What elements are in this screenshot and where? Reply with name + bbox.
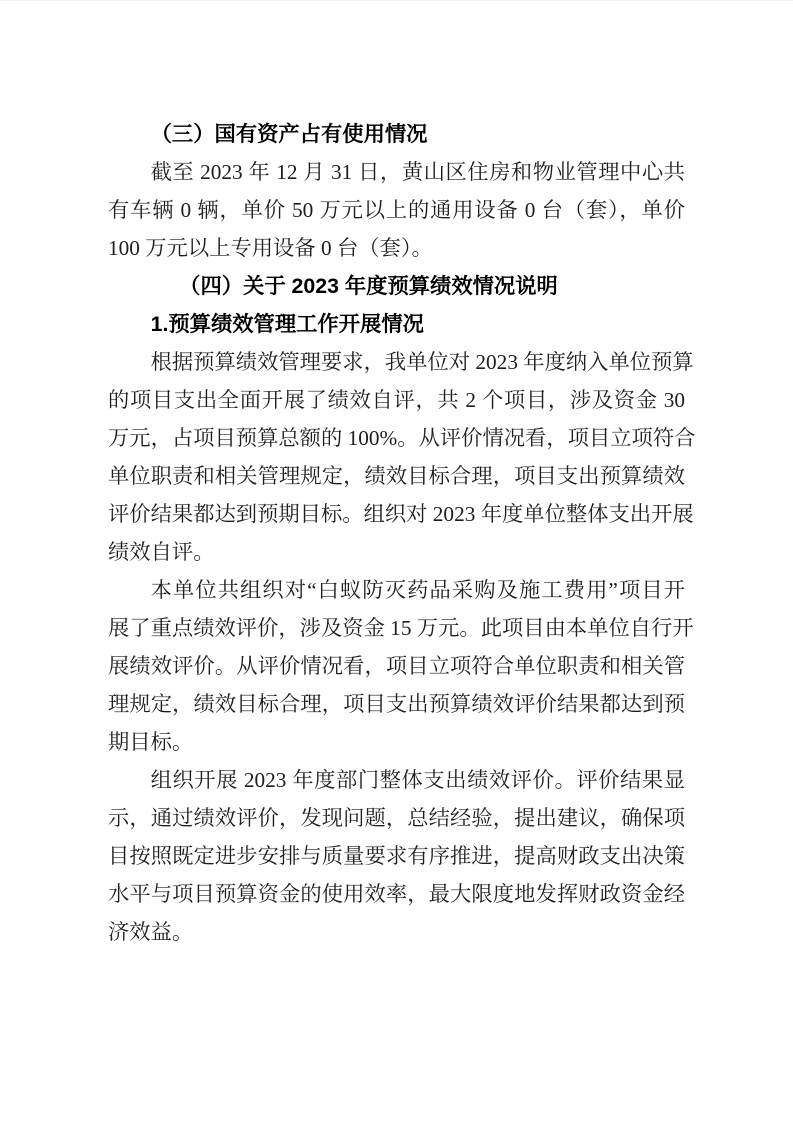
section-heading: （三）国有资产占有使用情况 xyxy=(108,115,685,153)
text-line: 目按照既定进步安排与质量要求有序推进，提高财政支出决策 xyxy=(108,837,685,875)
text-line: 组织开展 2023 年度部门整体支出绩效评价。评价结果显 xyxy=(108,761,685,799)
text-line: 万元，占项目预算总额的 100%。从评价情况看，项目立项符合 xyxy=(108,419,685,457)
text-line: 展绩效评价。从评价情况看，项目立项符合单位职责和相关管 xyxy=(108,647,685,685)
section-heading: 1.预算绩效管理工作开展情况 xyxy=(108,305,685,343)
paragraph: 根据预算绩效管理要求，我单位对 2023 年度纳入单位预算的项目支出全面开展了绩… xyxy=(108,343,685,571)
text-line: 单位职责和相关管理规定，绩效目标合理，项目支出预算绩效 xyxy=(108,457,685,495)
text-line: 评价结果都达到预期目标。组织对 2023 年度单位整体支出开展 xyxy=(108,495,685,533)
text-line: 绩效自评。 xyxy=(108,533,685,571)
text-line: 100 万元以上专用设备 0 台（套）。 xyxy=(108,229,685,267)
text-line: 期目标。 xyxy=(108,723,685,761)
text-line: 水平与项目预算资金的使用效率，最大限度地发挥财政资金经 xyxy=(108,875,685,913)
document-page: （三）国有资产占有使用情况截至 2023 年 12 月 31 日，黄山区住房和物… xyxy=(0,0,793,1122)
text-line: 根据预算绩效管理要求，我单位对 2023 年度纳入单位预算 xyxy=(108,343,685,381)
text-line: 的项目支出全面开展了绩效自评，共 2 个项目，涉及资金 30 xyxy=(108,381,685,419)
paragraph: 本单位共组织对“白蚁防灭药品采购及施工费用”项目开展了重点绩效评价，涉及资金 1… xyxy=(108,571,685,761)
paragraph: 截至 2023 年 12 月 31 日，黄山区住房和物业管理中心共有车辆 0 辆… xyxy=(108,153,685,267)
text-line: 截至 2023 年 12 月 31 日，黄山区住房和物业管理中心共 xyxy=(108,153,685,191)
paragraph: 组织开展 2023 年度部门整体支出绩效评价。评价结果显示，通过绩效评价，发现问… xyxy=(108,761,685,951)
text-line: 示，通过绩效评价，发现问题，总结经验，提出建议，确保项 xyxy=(108,799,685,837)
text-line: 济效益。 xyxy=(108,913,685,951)
document-body: （三）国有资产占有使用情况截至 2023 年 12 月 31 日，黄山区住房和物… xyxy=(108,115,685,951)
text-line: 有车辆 0 辆，单价 50 万元以上的通用设备 0 台（套），单价 xyxy=(108,191,685,229)
text-line: 理规定，绩效目标合理，项目支出预算绩效评价结果都达到预 xyxy=(108,685,685,723)
text-line: 展了重点绩效评价，涉及资金 15 万元。此项目由本单位自行开 xyxy=(108,609,685,647)
text-line: 本单位共组织对“白蚁防灭药品采购及施工费用”项目开 xyxy=(108,571,685,609)
section-heading: （四）关于 2023 年度预算绩效情况说明 xyxy=(108,267,685,305)
